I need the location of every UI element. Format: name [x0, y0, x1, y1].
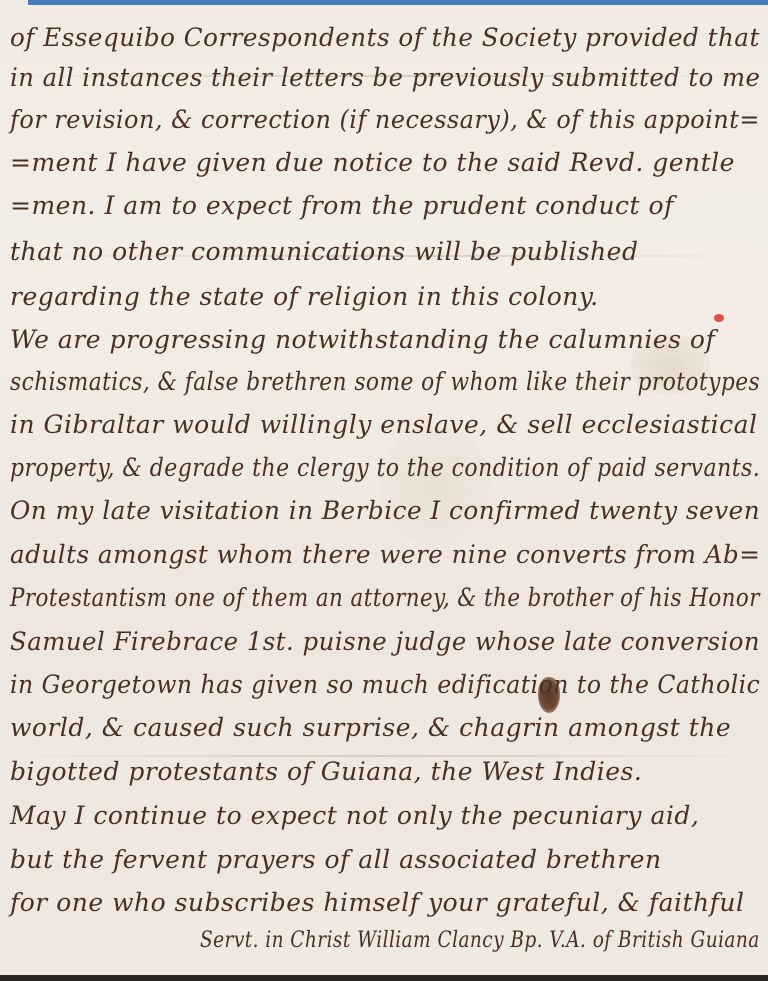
letter-line-10: in Gibraltar would willingly enslave, & … [10, 410, 758, 439]
letter-line-13: adults amongst whom there were nine conv… [10, 540, 760, 569]
letter-line-21: for one who subscribes himself your grat… [10, 888, 744, 917]
letter-line-6: that no other communications will be pub… [10, 237, 638, 266]
letter-line-8: We are progressing notwithstanding the c… [10, 325, 715, 354]
letter-line-4: =ment I have given due notice to the sai… [10, 148, 735, 177]
letter-line-12: On my late visitation in Berbice I confi… [10, 496, 760, 525]
letter-line-19: May I continue to expect not only the pe… [10, 801, 699, 830]
letter-line-3: for revision, & correction (if necessary… [10, 105, 760, 134]
letter-line-17: world, & caused such surprise, & chagrin… [10, 713, 731, 742]
signature-line: Servt. in Christ William Clancy Bp. V.A.… [200, 928, 760, 953]
letter-line-11: property, & degrade the clergy to the co… [10, 453, 760, 482]
letter-line-7: regarding the state of religion in this … [10, 282, 599, 311]
postmark-stamp [380, 425, 490, 545]
letter-line-20: but the fervent prayers of all associate… [10, 845, 662, 874]
letter-line-1: of Essequibo Correspondents of the Socie… [10, 23, 760, 52]
letter-page: of Essequibo Correspondents of the Socie… [0, 5, 768, 975]
letter-line-14: Protestantism one of them an attorney, &… [10, 583, 760, 612]
letter-line-5: =men. I am to expect from the prudent co… [10, 191, 674, 220]
letter-line-18: bigotted protestants of Guiana, the West… [10, 757, 642, 786]
red-wax-mark [714, 314, 724, 322]
letter-line-15: Samuel Firebrace 1st. puisne judge whose… [10, 627, 760, 656]
letter-line-16: in Georgetown has given so much edificat… [10, 670, 760, 699]
letter-line-9: schismatics, & false brethren some of wh… [10, 367, 760, 396]
scan-edge-bottom [0, 975, 768, 981]
letter-line-2: in all instances their letters be previo… [10, 63, 760, 92]
